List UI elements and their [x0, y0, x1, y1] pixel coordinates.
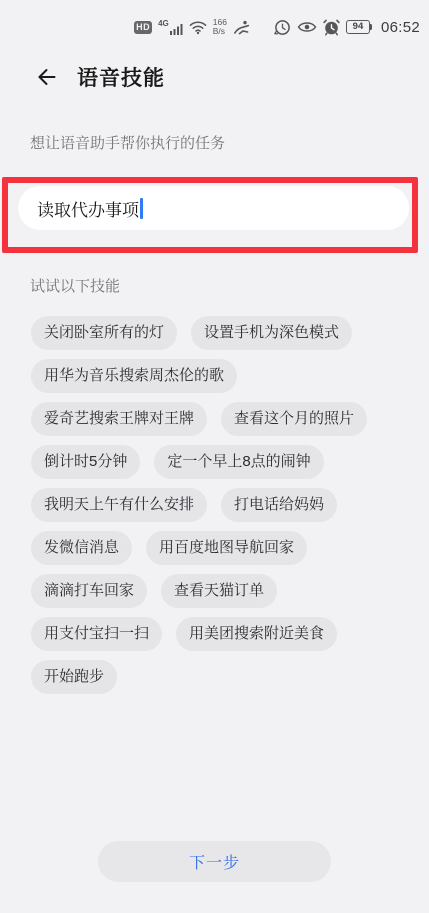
skill-chip[interactable]: 倒计时5分钟	[31, 445, 140, 479]
status-bar-right-cluster: 94 06:52	[274, 19, 420, 36]
skill-chip[interactable]: 我明天上午有什么安排	[31, 488, 207, 522]
skill-chip[interactable]: 用华为音乐搜索周杰伦的歌	[31, 359, 237, 393]
network-speed: 166 B/s	[213, 18, 227, 36]
skill-chip[interactable]: 用百度地图导航回家	[146, 531, 307, 565]
annotation-rectangle: 读取代办事项	[2, 177, 418, 253]
network-type-label: 4G	[158, 20, 169, 28]
battery-percent: 94	[346, 20, 370, 34]
battery-cap	[370, 24, 372, 30]
voice-skills-screen: HD 4G 166 B/s	[0, 0, 429, 913]
status-bar: HD 4G 166 B/s	[0, 0, 429, 48]
mobile-network-indicator: 4G	[158, 20, 183, 35]
battery-icon: 94	[346, 20, 372, 34]
footer: 下一步	[0, 841, 429, 913]
skill-chip[interactable]: 查看这个月的照片	[221, 402, 367, 436]
eye-comfort-icon	[297, 20, 317, 34]
signal-bars-icon	[170, 23, 183, 35]
page-title: 语音技能	[77, 62, 165, 92]
skill-chip[interactable]: 查看天猫订单	[161, 574, 277, 608]
skill-chip[interactable]: 打电话给妈妈	[221, 488, 337, 522]
next-step-button[interactable]: 下一步	[98, 841, 331, 882]
skill-chip-list: 关闭卧室所有的灯设置手机为深色模式用华为音乐搜索周杰伦的歌爱奇艺搜索王牌对王牌查…	[31, 316, 401, 694]
status-bar-left-cluster: HD 4G 166 B/s	[134, 18, 250, 36]
header: 语音技能	[33, 62, 429, 92]
skill-chip[interactable]: 滴滴打车回家	[31, 574, 147, 608]
skill-chip[interactable]: 定一个早上8点的闹钟	[154, 445, 323, 479]
timer-icon	[274, 19, 291, 36]
skill-chip[interactable]: 设置手机为深色模式	[191, 316, 352, 350]
task-input[interactable]: 读取代办事项	[18, 186, 409, 230]
task-prompt-label: 想让语音助手帮你执行的任务	[30, 132, 399, 153]
skill-chip[interactable]: 用支付宝扫一扫	[31, 617, 162, 651]
person-icon	[233, 20, 250, 35]
skill-chip[interactable]: 发微信消息	[31, 531, 132, 565]
wifi-icon	[189, 20, 207, 35]
arrow-left-icon[interactable]	[33, 65, 57, 89]
skills-section-label: 试试以下技能	[30, 275, 399, 296]
task-input-value: 读取代办事项	[37, 196, 139, 221]
clock-time: 06:52	[381, 19, 420, 36]
hd-badge-icon: HD	[134, 21, 152, 34]
skill-chip[interactable]: 开始跑步	[31, 660, 117, 694]
text-cursor-icon	[140, 198, 143, 219]
alarm-icon	[323, 19, 340, 36]
skill-chip[interactable]: 用美团搜索附近美食	[176, 617, 337, 651]
skill-chip[interactable]: 爱奇艺搜索王牌对王牌	[31, 402, 207, 436]
skill-chip[interactable]: 关闭卧室所有的灯	[31, 316, 177, 350]
network-speed-unit: B/s	[213, 27, 225, 36]
